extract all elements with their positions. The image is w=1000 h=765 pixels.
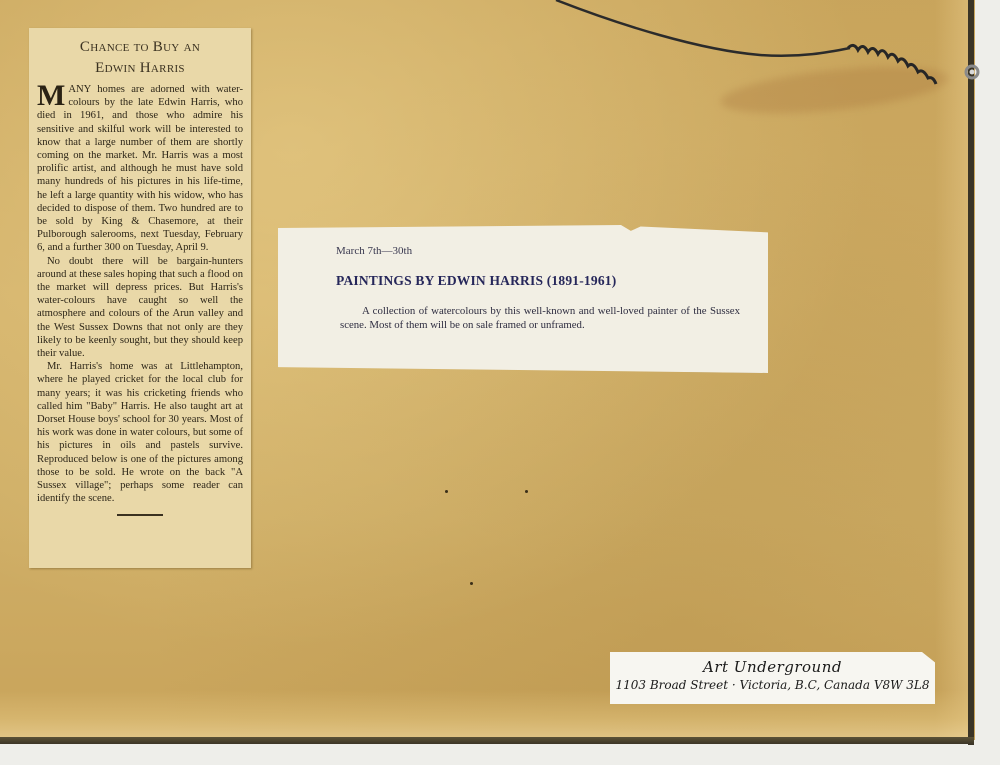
gallery-name: Art Underground [610, 658, 935, 676]
clipping-end-rule [117, 514, 163, 516]
exhibition-description: A collection of watercolours by this wel… [340, 304, 740, 332]
clipping-paragraph: Mr. Harris's home was at Littlehampton, … [37, 360, 243, 505]
pin-hole [445, 490, 448, 493]
gallery-label: Art Underground 1103 Broad Street · Vict… [610, 652, 935, 704]
exhibition-label: March 7th—30th PAINTINGS BY EDWIN HARRIS… [278, 225, 768, 373]
pin-hole [525, 490, 528, 493]
frame-edge-right [968, 0, 974, 745]
exhibition-title: PAINTINGS BY EDWIN HARRIS (1891-1961) [336, 273, 616, 289]
paragraph-text: ANY homes are adorned with water-colours… [37, 84, 243, 253]
clipping-title: Chance to Buy an Edwin Harris [37, 37, 243, 79]
clipping-title-line2: Edwin Harris [37, 58, 243, 79]
gallery-address: 1103 Broad Street · Victoria, B.C, Canad… [610, 678, 935, 692]
frame-bevel-right [935, 0, 968, 737]
newspaper-clipping: Chance to Buy an Edwin Harris MANY homes… [29, 28, 251, 568]
clipping-paragraph: No doubt there will be bargain-hunters a… [37, 255, 243, 361]
pin-hole [470, 582, 473, 585]
frame-edge-bottom [0, 737, 974, 744]
exhibition-date: March 7th—30th [336, 245, 412, 257]
drop-cap: M [37, 84, 65, 108]
clipping-paragraph: MANY homes are adorned with water-colour… [37, 83, 243, 255]
clipping-body: MANY homes are adorned with water-colour… [37, 83, 243, 506]
clipping-title-line1: Chance to Buy an [37, 37, 243, 58]
